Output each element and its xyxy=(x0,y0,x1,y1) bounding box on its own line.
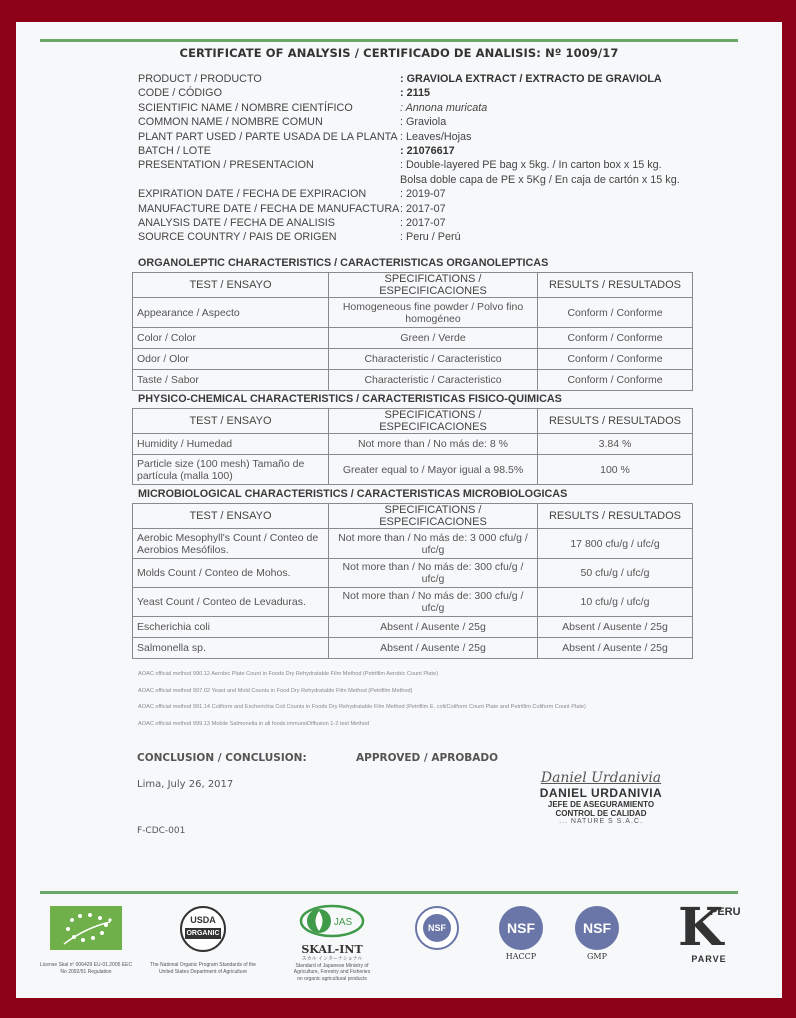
table-header-row: TEST / ENSAYOSPECIFICATIONS / ESPECIFICA… xyxy=(133,504,693,529)
info-row: PRODUCT / PRODUCTO: GRAVIOLA EXTRACT / E… xyxy=(138,72,738,86)
info-row: COMMON NAME / NOMBRE COMUN: Graviola xyxy=(138,115,738,129)
info-label: COMMON NAME / NOMBRE COMUN xyxy=(138,115,400,129)
cell-test: Aerobic Mesophyll's Count / Conteo de Ae… xyxy=(133,529,329,559)
info-row: BATCH / LOTE: 21076617 xyxy=(138,144,738,158)
info-label: CODE / CÓDIGO xyxy=(138,86,400,100)
usda-text: USDA xyxy=(182,915,224,925)
info-value: Bolsa doble capa de PE x 5Kg / En caja d… xyxy=(400,173,738,187)
table-row: Particle size (100 mesh) Tamaño de partí… xyxy=(133,455,693,485)
methods-list: AOAC official method 990.12 Aerobic Plat… xyxy=(138,666,586,732)
column-header-spec: SPECIFICATIONS / ESPECIFICACIONES xyxy=(329,504,538,529)
table-row: Escherichia coliAbsent / Ausente / 25gAb… xyxy=(133,617,693,638)
table-row: Color / ColorGreen / VerdeConform / Conf… xyxy=(133,328,693,349)
cell-result: 17 800 cfu/g / ufc/g xyxy=(538,529,693,559)
table-row: Appearance / AspectoHomogeneous fine pow… xyxy=(133,298,693,328)
column-header-test: TEST / ENSAYO xyxy=(133,504,329,529)
cell-spec: Characteristic / Caracteristico xyxy=(329,370,538,391)
kosher-peru-logo: K PERU PARVE xyxy=(672,902,746,968)
table-header-row: TEST / ENSAYOSPECIFICATIONS / ESPECIFICA… xyxy=(133,273,693,298)
cell-result: 100 % xyxy=(538,455,693,485)
jas-leaf-icon: JAS xyxy=(299,904,365,938)
cell-test: Particle size (100 mesh) Tamaño de partí… xyxy=(133,455,329,485)
nsf-haccp-logo: NSF HACCP xyxy=(496,906,546,961)
form-code: F-CDC-001 xyxy=(137,826,185,836)
cell-result: 10 cfu/g / ufc/g xyxy=(538,588,693,617)
table-row: Taste / SaborCharacteristic / Caracteris… xyxy=(133,370,693,391)
table-row: Humidity / HumedadNot more than / No más… xyxy=(133,434,693,455)
cell-test: Salmonella sp. xyxy=(133,638,329,659)
info-value: : GRAVIOLA EXTRACT / EXTRACTO DE GRAVIOL… xyxy=(400,72,738,86)
info-value: : 2017-07 xyxy=(400,216,738,230)
info-label: PLANT PART USED / PARTE USADA DE LA PLAN… xyxy=(138,130,400,144)
column-header-spec: SPECIFICATIONS / ESPECIFICACIONES xyxy=(329,409,538,434)
cell-test: Taste / Sabor xyxy=(133,370,329,391)
nsf-icon: NSF xyxy=(499,906,543,950)
cell-spec: Not more than / No más de: 3 000 cfu/g /… xyxy=(329,529,538,559)
document-title: CERTIFICATE OF ANALYSIS / CERTIFICADO DE… xyxy=(16,46,782,60)
info-label xyxy=(138,173,400,187)
cell-result: Conform / Conforme xyxy=(538,370,693,391)
jas-logo: JAS SKAL-INT スカル インターナショナル Standard of J… xyxy=(292,904,372,982)
cell-test: Molds Count / Conteo de Mohos. xyxy=(133,559,329,588)
signature-block: Daniel Urdanivia DANIEL URDANIVIA JEFE D… xyxy=(506,770,696,825)
bottom-divider xyxy=(40,891,738,894)
cell-result: 3.84 % xyxy=(538,434,693,455)
nsf-gluten-free-icon: NSF xyxy=(415,906,459,950)
table-row: Salmonella sp.Absent / Ausente / 25gAbse… xyxy=(133,638,693,659)
info-row: PLANT PART USED / PARTE USADA DE LA PLAN… xyxy=(138,130,738,144)
table-row: Yeast Count / Conteo de Levaduras.Not mo… xyxy=(133,588,693,617)
micro-table: TEST / ENSAYOSPECIFICATIONS / ESPECIFICA… xyxy=(132,503,693,659)
usda-seal-icon: USDA ORGANIC xyxy=(180,906,226,952)
info-label: MANUFACTURE DATE / FECHA DE MANUFACTURA xyxy=(138,202,400,216)
eu-caption: License Skal nº 006429 EU-01.2005 EEC No… xyxy=(38,962,134,975)
info-row: SCIENTIFIC NAME / NOMBRE CIENTÍFICO: Ann… xyxy=(138,101,738,115)
method-note: AOAC official method 997.02 Yeast and Mo… xyxy=(138,683,586,700)
info-label: PRODUCT / PRODUCTO xyxy=(138,72,400,86)
conclusion-value: APPROVED / APROBADO xyxy=(356,752,498,764)
cell-spec: Absent / Ausente / 25g xyxy=(329,638,538,659)
method-note: AOAC official method 991.14 Coliform and… xyxy=(138,699,586,716)
cell-test: Appearance / Aspecto xyxy=(133,298,329,328)
info-value: : Graviola xyxy=(400,115,738,129)
cell-spec: Not more than / No más de: 300 cfu/g / u… xyxy=(329,559,538,588)
signer-name: DANIEL URDANIVIA xyxy=(506,786,696,800)
info-row: CODE / CÓDIGO: 2115 xyxy=(138,86,738,100)
nsf-icon: NSF xyxy=(575,906,619,950)
physico-title: PHYSICO-CHEMICAL CHARACTERISTICS / CARAC… xyxy=(138,393,562,405)
cell-result: Conform / Conforme xyxy=(538,298,693,328)
table-row: Aerobic Mesophyll's Count / Conteo de Ae… xyxy=(133,529,693,559)
info-value: : 21076617 xyxy=(400,144,738,158)
organoleptic-table: TEST / ENSAYOSPECIFICATIONS / ESPECIFICA… xyxy=(132,272,693,391)
physico-table: TEST / ENSAYOSPECIFICATIONS / ESPECIFICA… xyxy=(132,408,693,485)
info-value: : Annona muricata xyxy=(400,101,738,115)
cell-result: Conform / Conforme xyxy=(538,349,693,370)
cell-spec: Absent / Ausente / 25g xyxy=(329,617,538,638)
svg-text:JAS: JAS xyxy=(334,917,353,928)
method-note: AOAC official method 990.12 Aerobic Plat… xyxy=(138,666,586,683)
conclusion-label: CONCLUSION / CONCLUSION: xyxy=(137,752,307,764)
jas-caption: Standard of Japanese Ministry of Agricul… xyxy=(292,963,372,983)
column-header-result: RESULTS / RESULTADOS xyxy=(538,273,693,298)
info-row: PRESENTATION / PRESENTACION: Double-laye… xyxy=(138,158,738,172)
cell-test: Color / Color xyxy=(133,328,329,349)
info-value: : Peru / Perú xyxy=(400,230,738,244)
info-value: : 2115 xyxy=(400,86,738,100)
info-label: SCIENTIFIC NAME / NOMBRE CIENTÍFICO xyxy=(138,101,400,115)
haccp-caption: HACCP xyxy=(496,952,546,961)
info-label: SOURCE COUNTRY / PAIS DE ORIGEN xyxy=(138,230,400,244)
organoleptic-title: ORGANOLEPTIC CHARACTERISTICS / CARACTERI… xyxy=(138,257,548,269)
eu-organic-logo: License Skal nº 006429 EU-01.2005 EEC No… xyxy=(38,906,134,975)
cell-test: Humidity / Humedad xyxy=(133,434,329,455)
usda-caption: The National Organic Program Standards o… xyxy=(150,962,256,975)
product-info: PRODUCT / PRODUCTO: GRAVIOLA EXTRACT / E… xyxy=(138,72,738,245)
signer-role-1: JEFE DE ASEGURAMIENTO xyxy=(506,800,696,809)
cell-spec: Characteristic / Caracteristico xyxy=(329,349,538,370)
info-label: BATCH / LOTE xyxy=(138,144,400,158)
info-label: EXPIRATION DATE / FECHA DE EXPIRACION xyxy=(138,187,400,201)
cell-spec: Not more than / No más de: 300 cfu/g / u… xyxy=(329,588,538,617)
usda-organic-logo: USDA ORGANIC The National Organic Progra… xyxy=(150,906,256,975)
top-divider xyxy=(40,39,738,42)
cell-result: Absent / Ausente / 25g xyxy=(538,638,693,659)
signer-company: ... NATURE S S.A.C. xyxy=(506,818,696,825)
kosher-country: PERU xyxy=(710,906,741,918)
column-header-spec: SPECIFICATIONS / ESPECIFICACIONES xyxy=(329,273,538,298)
organic-band: ORGANIC xyxy=(185,928,221,939)
info-row: SOURCE COUNTRY / PAIS DE ORIGEN: Peru / … xyxy=(138,230,738,244)
info-row: EXPIRATION DATE / FECHA DE EXPIRACION: 2… xyxy=(138,187,738,201)
info-label: ANALYSIS DATE / FECHA DE ANALISIS xyxy=(138,216,400,230)
cell-test: Yeast Count / Conteo de Levaduras. xyxy=(133,588,329,617)
cell-result: 50 cfu/g / ufc/g xyxy=(538,559,693,588)
cell-test: Odor / Olor xyxy=(133,349,329,370)
info-row: MANUFACTURE DATE / FECHA DE MANUFACTURA:… xyxy=(138,202,738,216)
table-header-row: TEST / ENSAYOSPECIFICATIONS / ESPECIFICA… xyxy=(133,409,693,434)
cell-spec: Homogeneous fine powder / Polvo fino hom… xyxy=(329,298,538,328)
table-row: Molds Count / Conteo de Mohos.Not more t… xyxy=(133,559,693,588)
place-date: Lima, July 26, 2017 xyxy=(137,779,233,790)
info-value: : 2017-07 xyxy=(400,202,738,216)
skal-name: SKAL-INT xyxy=(292,943,372,956)
info-row: ANALYSIS DATE / FECHA DE ANALISIS: 2017-… xyxy=(138,216,738,230)
signer-role-2: CONTROL DE CALIDAD xyxy=(506,809,696,818)
kosher-parve: PARVE xyxy=(672,954,746,964)
column-header-result: RESULTS / RESULTADOS xyxy=(538,504,693,529)
info-value: : 2019-07 xyxy=(400,187,738,201)
info-row: Bolsa doble capa de PE x 5Kg / En caja d… xyxy=(138,173,738,187)
column-header-result: RESULTS / RESULTADOS xyxy=(538,409,693,434)
column-header-test: TEST / ENSAYO xyxy=(133,273,329,298)
gmp-caption: GMP xyxy=(572,952,622,961)
info-value: : Leaves/Hojas xyxy=(400,130,738,144)
cell-result: Absent / Ausente / 25g xyxy=(538,617,693,638)
cell-result: Conform / Conforme xyxy=(538,328,693,349)
cell-spec: Green / Verde xyxy=(329,328,538,349)
certificate-page: CERTIFICATE OF ANALYSIS / CERTIFICADO DE… xyxy=(16,22,782,998)
method-note: AOAC official method 999.13 Mobile Salmo… xyxy=(138,716,586,733)
cell-test: Escherichia coli xyxy=(133,617,329,638)
cell-spec: Greater equal to / Mayor igual a 98.5% xyxy=(329,455,538,485)
cell-spec: Not more than / No más de: 8 % xyxy=(329,434,538,455)
info-value: : Double-layered PE bag x 5kg. / In cart… xyxy=(400,158,738,172)
nsf-gmp-logo: NSF GMP xyxy=(572,906,622,961)
signature: Daniel Urdanivia xyxy=(506,770,696,786)
column-header-test: TEST / ENSAYO xyxy=(133,409,329,434)
eu-leaf-icon xyxy=(50,906,122,950)
table-row: Odor / OlorCharacteristic / Caracteristi… xyxy=(133,349,693,370)
micro-title: MICROBIOLOGICAL CHARACTERISTICS / CARACT… xyxy=(138,488,567,500)
info-label: PRESENTATION / PRESENTACION xyxy=(138,158,400,172)
skal-kana: スカル インターナショナル xyxy=(292,956,372,963)
nsf-gluten-free-logo: NSF xyxy=(412,906,462,950)
